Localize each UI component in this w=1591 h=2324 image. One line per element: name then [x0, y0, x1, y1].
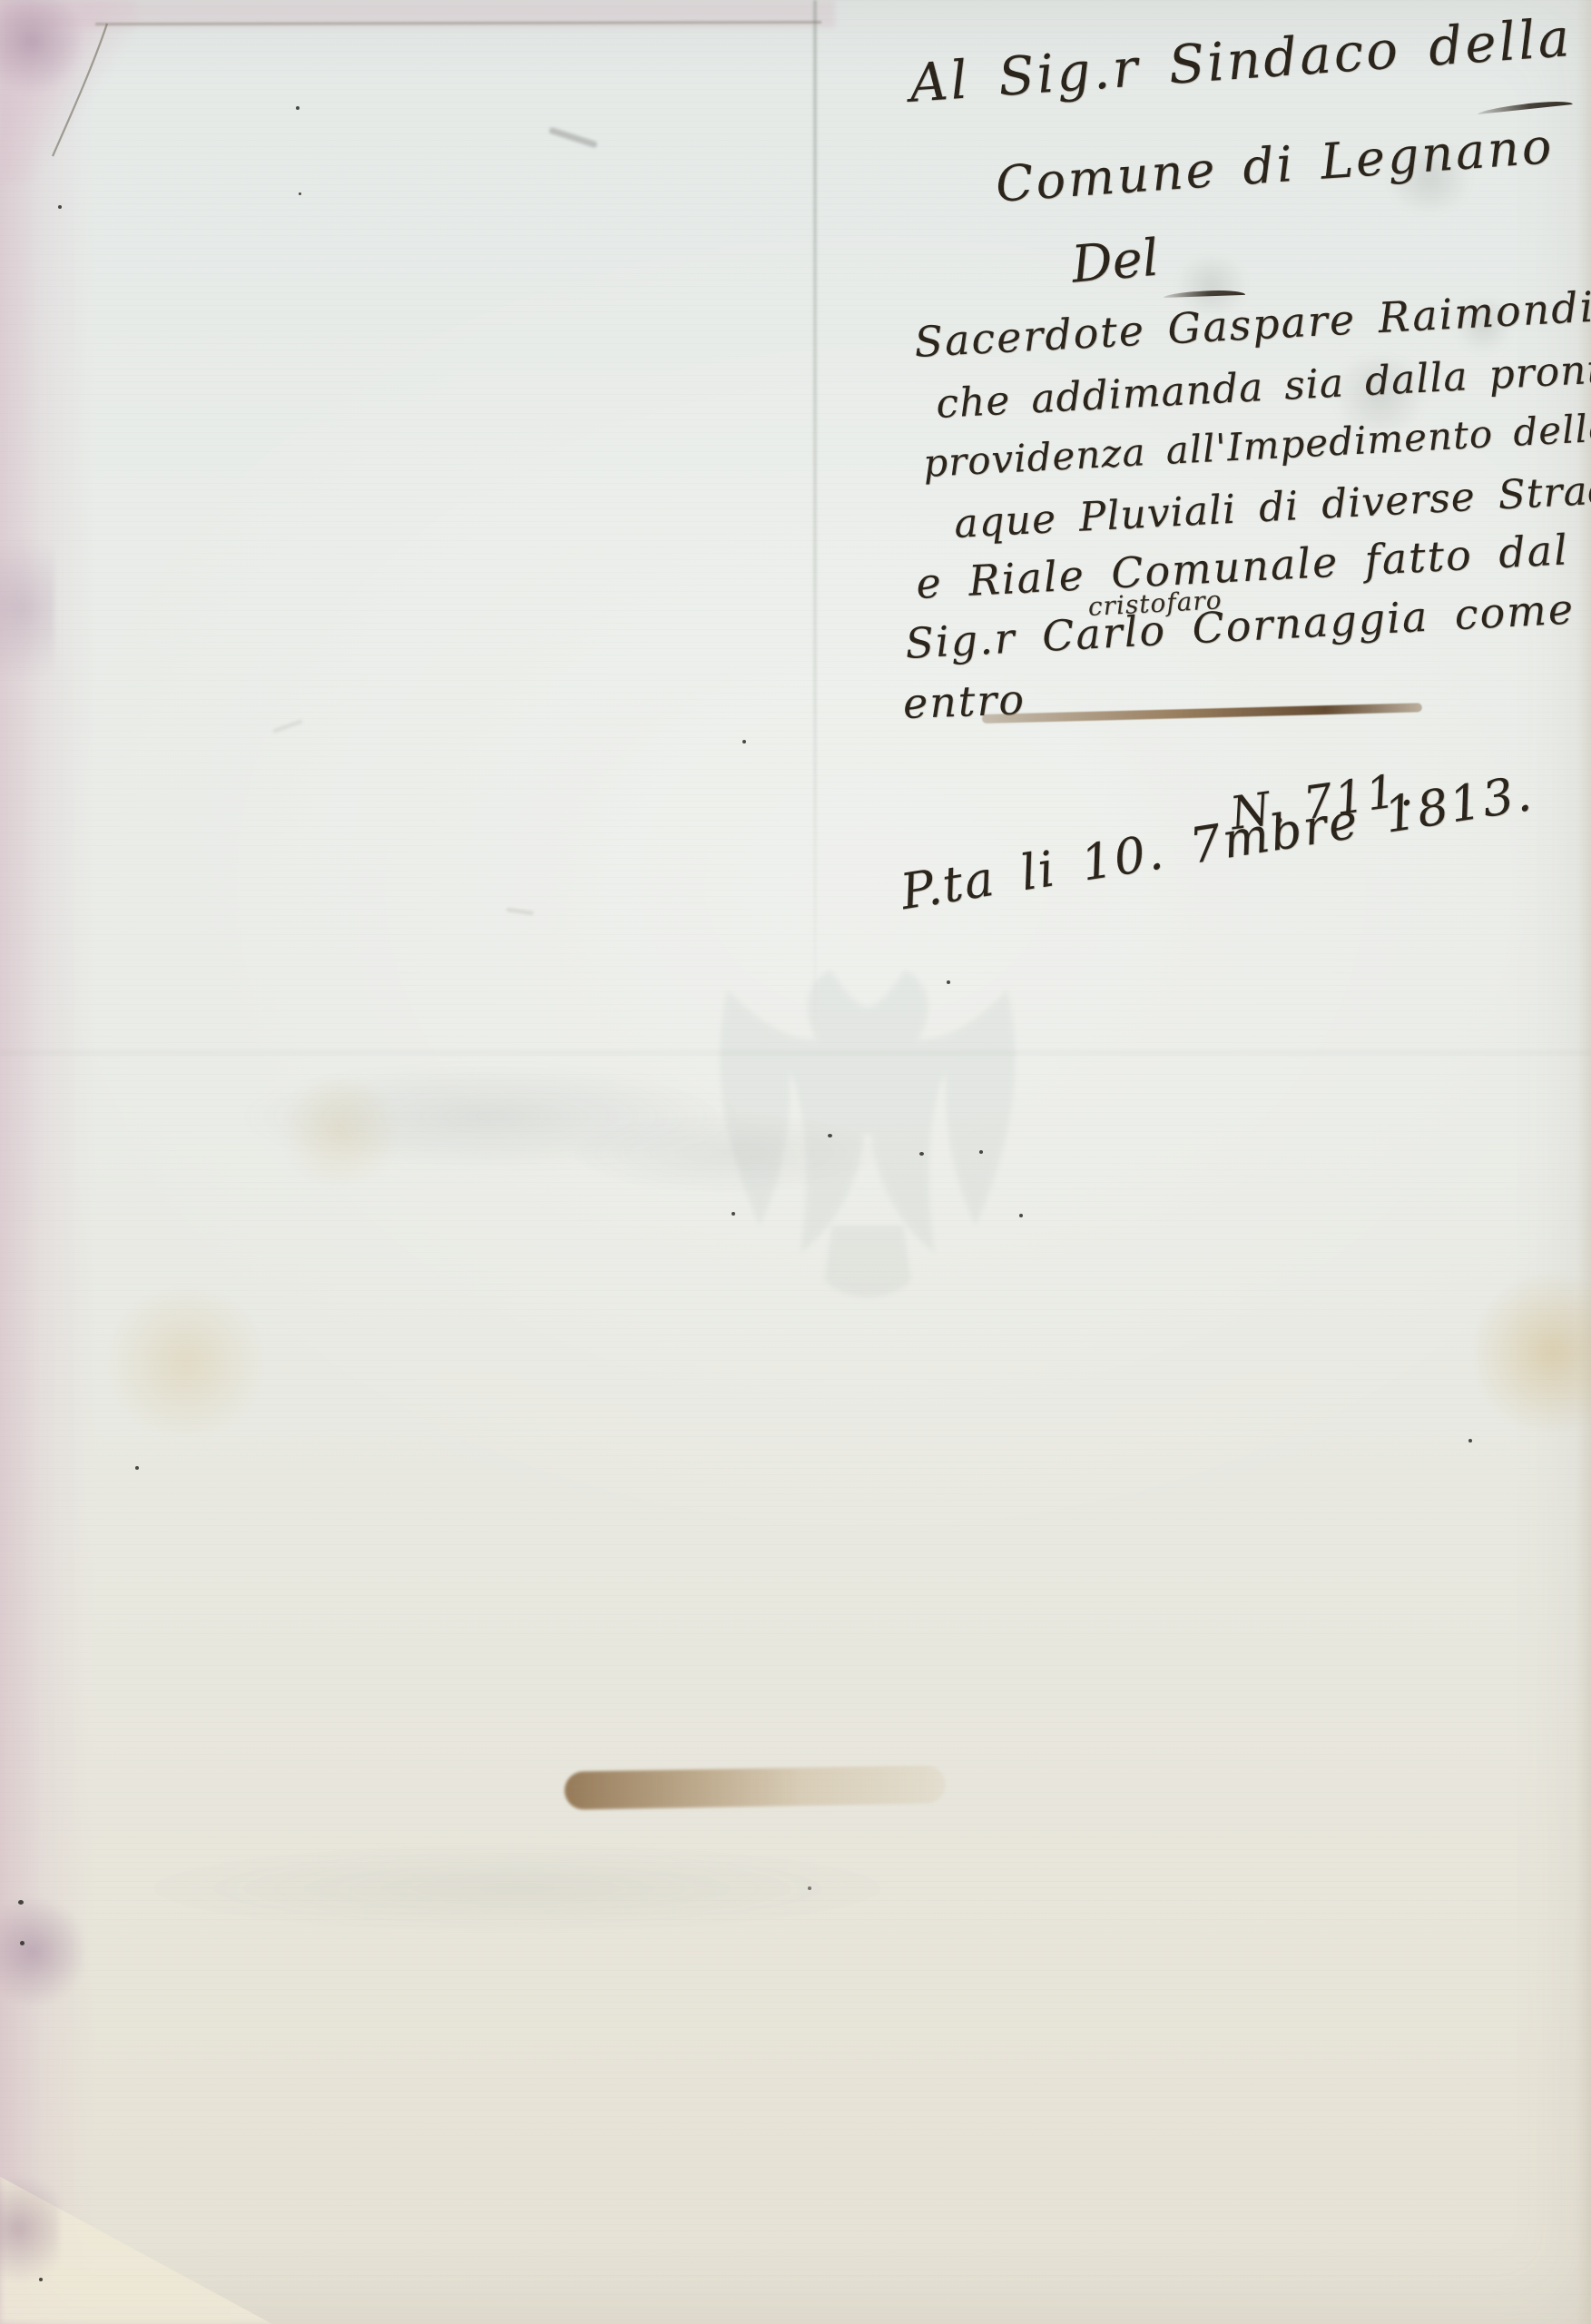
- paper-stain: [1475, 1266, 1591, 1439]
- ink-flourish: [1478, 99, 1573, 114]
- eagle-watermark-icon: [673, 953, 1073, 1334]
- ink-speck: [296, 106, 300, 110]
- fold-crease-horizontal: [0, 1051, 1591, 1054]
- ink-speck: [828, 1134, 832, 1137]
- pencil-streak: [272, 719, 302, 733]
- ink-speck: [919, 1152, 924, 1156]
- ink-speck: [299, 192, 301, 195]
- show-through-text: [563, 1112, 889, 1194]
- pencil-streak: [548, 127, 597, 149]
- ink-speck: [1468, 1439, 1472, 1443]
- ink-speck: [979, 1150, 983, 1154]
- ink-speck: [135, 1466, 139, 1470]
- ink-speck: [732, 1212, 735, 1216]
- ink-flourish: [1164, 290, 1245, 298]
- sender-label: Del: [1069, 229, 1161, 295]
- dog-ear-corner: [0, 0, 136, 182]
- paper-stain: [272, 1076, 408, 1185]
- top-edge-crease: [95, 21, 821, 25]
- scan-blotch: [0, 0, 82, 100]
- page-top-edge: [0, 0, 835, 27]
- ink-speck: [58, 205, 62, 209]
- show-through-text: [127, 1843, 908, 1934]
- ink-smudge: [565, 1765, 947, 1809]
- ink-speck: [808, 1886, 811, 1890]
- manuscript-page: Al Sig.r Sindaco della Comune di Legnano…: [0, 0, 1591, 2324]
- date-line: P.ta li 10. 7mbre 1813.: [897, 764, 1537, 921]
- ink-speck: [1019, 1214, 1023, 1217]
- show-through-text: [236, 1062, 744, 1171]
- scan-blotch: [0, 1888, 83, 2015]
- faded-ink-underline: [982, 703, 1422, 724]
- page-left-edge: [0, 0, 100, 2324]
- address-line-2: Comune di Legnano: [994, 117, 1556, 213]
- address-line-1: Al Sig.r Sindaco della: [908, 6, 1574, 114]
- scan-blotch: [0, 2161, 59, 2297]
- pencil-streak: [506, 908, 534, 915]
- ink-speck: [39, 2278, 43, 2281]
- scan-blotch: [0, 508, 54, 708]
- ink-speck: [947, 980, 950, 984]
- ink-speck: [742, 740, 746, 743]
- ink-speck: [20, 1941, 25, 1945]
- dog-ear-crease-line: [27, 9, 154, 182]
- ink-speck: [18, 1900, 24, 1905]
- bottom-left-fold: [0, 2070, 272, 2324]
- paper-stain: [100, 1289, 272, 1434]
- fold-crease-vertical: [813, 0, 817, 1044]
